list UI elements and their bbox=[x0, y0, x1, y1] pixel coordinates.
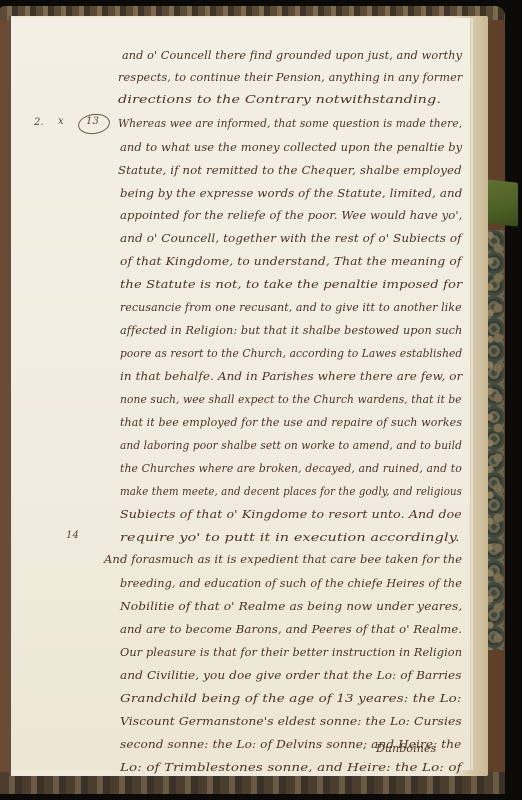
text-line: and to what use the money collected upon… bbox=[120, 140, 462, 154]
text-line: Grandchild being of the age of 13 yeares… bbox=[120, 691, 462, 705]
text-line: Whereas wee are informed, that some ques… bbox=[118, 116, 462, 130]
text-line: and o' Councell there find grounded upon… bbox=[122, 48, 462, 62]
text-line: that it bee employed for the use and rep… bbox=[120, 415, 462, 429]
text-line: affected in Religion: but that it shalbe… bbox=[120, 323, 462, 337]
text-line: Lo: of Trimblestones sonne, and Heire: t… bbox=[120, 760, 462, 774]
text-line: require yo' to putt it in execution acco… bbox=[120, 530, 460, 544]
text-line: of that Kingdome, to understand, That th… bbox=[120, 254, 461, 268]
text-line: Statute, if not remitted to the Chequer,… bbox=[118, 163, 462, 177]
text-line: and Civilitie, you doe give order that t… bbox=[120, 668, 462, 682]
text-line: And forasmuch as it is expedient that ca… bbox=[104, 552, 462, 566]
manuscript-text: and o' Councell there find grounded upon… bbox=[0, 0, 522, 800]
text-line: none such, wee shall expect to the Churc… bbox=[120, 392, 462, 406]
text-line: and o' Councell, together with the rest … bbox=[120, 231, 462, 245]
text-line: the Churches where are broken, decayed, … bbox=[120, 461, 462, 475]
text-line: recusancie from one recusant, and to giv… bbox=[120, 300, 462, 314]
text-line: respects, to continue their Pension, any… bbox=[118, 70, 462, 84]
text-line: Subiects of that o' Kingdome to resort u… bbox=[120, 507, 462, 521]
text-line: Nobilitie of that o' Realme as being now… bbox=[120, 599, 462, 613]
text-line: Our pleasure is that for their better in… bbox=[120, 645, 462, 659]
text-line: poore as resort to the Church, according… bbox=[120, 346, 462, 360]
margin-item-number: 2. bbox=[34, 117, 44, 128]
margin-cross-mark: x bbox=[58, 116, 64, 127]
text-line: appointed for the reliefe of the poor. W… bbox=[120, 208, 462, 222]
catchword: Dunboines bbox=[376, 742, 436, 755]
text-line: Viscount Germanstone's eldest sonne: the… bbox=[120, 714, 462, 728]
margin-circled-number: 13 bbox=[86, 116, 99, 127]
text-line: the Statute is not, to take the penaltie… bbox=[120, 277, 462, 291]
text-line: and are to become Barons, and Peeres of … bbox=[120, 622, 462, 636]
text-line: in that behalfe. And in Parishes where t… bbox=[120, 369, 462, 383]
text-line: and laboring poor shalbe sett on worke t… bbox=[120, 438, 462, 452]
text-line: directions to the Contrary notwithstandi… bbox=[118, 92, 441, 106]
margin-item-number-14: 14 bbox=[66, 530, 79, 541]
text-line: being by the expresse words of the Statu… bbox=[120, 186, 462, 200]
text-line: make them meete, and decent places for t… bbox=[120, 484, 462, 498]
text-line: breeding, and education of such of the c… bbox=[120, 576, 462, 590]
